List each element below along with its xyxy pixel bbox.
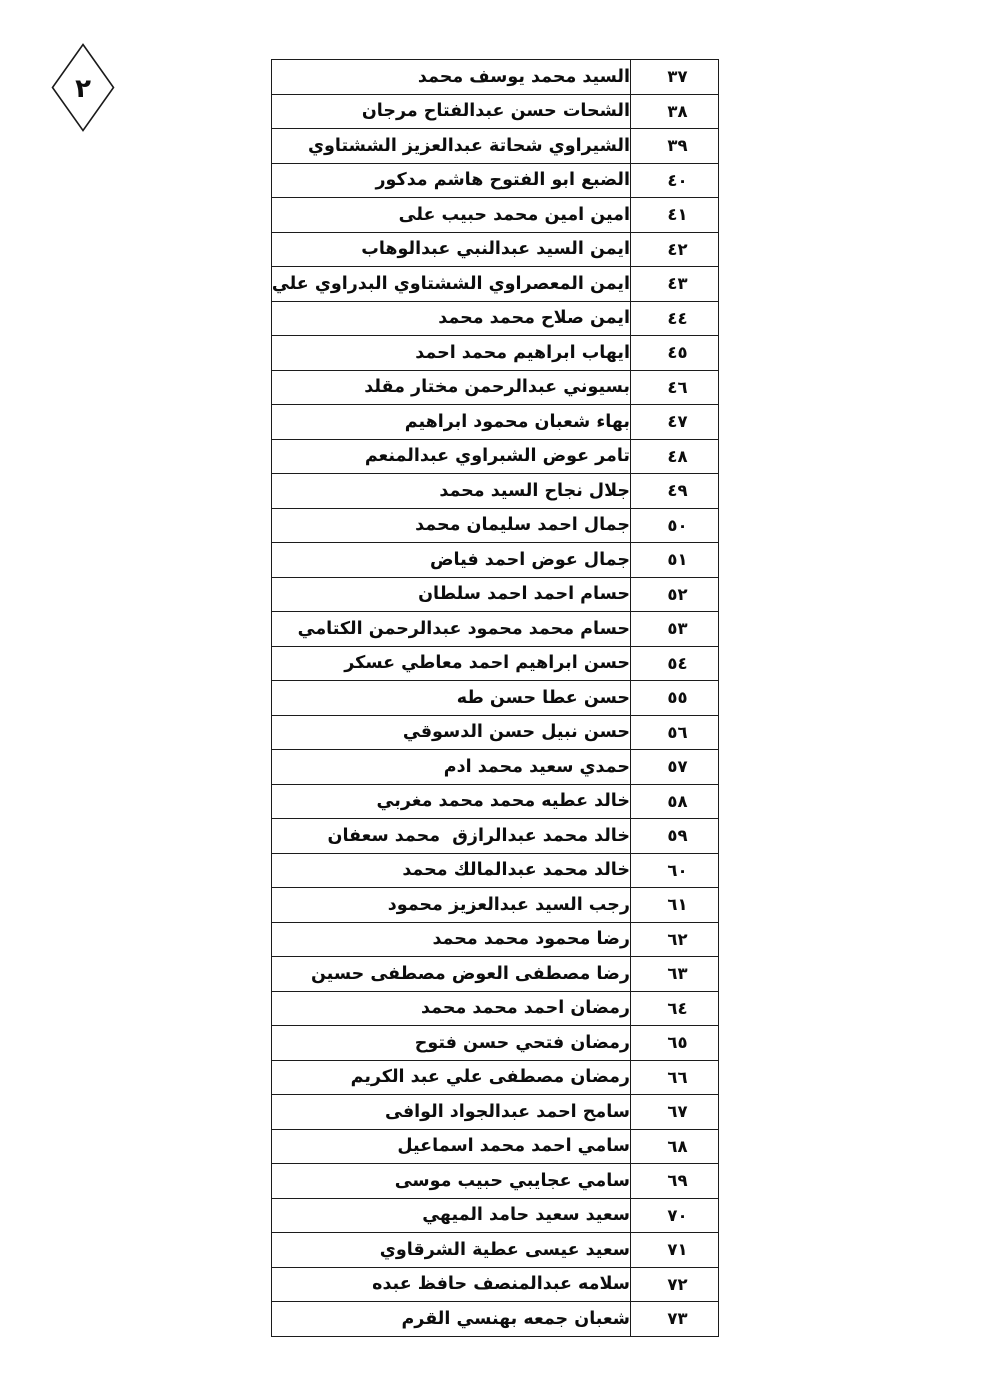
table-row: ٦٠خالد محمد عبدالمالك محمد (272, 853, 719, 888)
row-name: ايمن المعصراوي الششتاوي البدراوي علي (272, 267, 631, 302)
table-row: ٥٧حمدي سعيد محمد ادم (272, 750, 719, 785)
table-row: ٦٦رمضان مصطفى علي عبد الكريم (272, 1060, 719, 1095)
table-row: ٤٨تامر عوض الشبراوي عبدالمنعم (272, 439, 719, 474)
row-name: الضبع ابو الفتوح هاشم مدكور (272, 163, 631, 198)
table-row: ٥٦حسن نبيل حسن الدسوقي (272, 715, 719, 750)
page-number-diamond: ٢ (51, 43, 115, 132)
row-name: رجب السيد عبدالعزيز محمود (272, 888, 631, 923)
table-row: ٤٣ايمن المعصراوي الششتاوي البدراوي علي (272, 267, 719, 302)
row-name: سامح احمد عبدالجواد الوافى (272, 1095, 631, 1130)
table-row: ٥٩خالد محمد عبدالرازق محمد سعفان (272, 819, 719, 854)
row-number: ٤٧ (631, 405, 719, 440)
row-number: ٥٠ (631, 508, 719, 543)
row-number: ٥٩ (631, 819, 719, 854)
row-name: شعبان جمعه بهنسي القرم (272, 1302, 631, 1337)
table-row: ٤١امين امين محمد حبيب على (272, 198, 719, 233)
table-row: ٦١رجب السيد عبدالعزيز محمود (272, 888, 719, 923)
row-number: ٤٦ (631, 370, 719, 405)
page-number: ٢ (51, 43, 115, 132)
row-number: ٧٠ (631, 1198, 719, 1233)
table-row: ٧١سعيد عيسى عطية الشرقاوي (272, 1233, 719, 1268)
row-number: ٧٢ (631, 1267, 719, 1302)
row-number: ٦٩ (631, 1164, 719, 1199)
row-number: ٤٥ (631, 336, 719, 371)
row-number: ٥٦ (631, 715, 719, 750)
table-row: ٦٤رمضان احمد محمد محمد (272, 991, 719, 1026)
row-number: ٤١ (631, 198, 719, 233)
table-row: ٤٦بسيوني عبدالرحمن مختار مقلد (272, 370, 719, 405)
row-number: ٧١ (631, 1233, 719, 1268)
table-row: ٦٧سامح احمد عبدالجواد الوافى (272, 1095, 719, 1130)
row-number: ٣٩ (631, 129, 719, 164)
row-name: حسن نبيل حسن الدسوقي (272, 715, 631, 750)
row-name: السيد محمد يوسف محمد (272, 60, 631, 95)
table-row: ٥٨خالد عطيه محمد محمد مغربي (272, 784, 719, 819)
row-name: جمال عوض احمد فياض (272, 543, 631, 578)
table-row: ٤٤ايمن صلاح محمد محمد (272, 301, 719, 336)
table-row: ٣٧السيد محمد يوسف محمد (272, 60, 719, 95)
row-number: ٦٦ (631, 1060, 719, 1095)
row-name: سعيد عيسى عطية الشرقاوي (272, 1233, 631, 1268)
row-name: سلامه عبدالمنصف حافظ عبده (272, 1267, 631, 1302)
table-row: ٦٥رمضان فتحي حسن فتوح (272, 1026, 719, 1061)
table-row: ٤٩جلال نجاح السيد محمد (272, 474, 719, 509)
row-number: ٦٣ (631, 957, 719, 992)
table-row: ٥٢حسام احمد احمد سلطان (272, 577, 719, 612)
row-number: ٥٥ (631, 681, 719, 716)
row-name: جمال احمد سليمان محمد (272, 508, 631, 543)
table-row: ٦٢رضا محمود محمد محمد (272, 922, 719, 957)
table-row: ٣٩الشيراوي شحاتة عبدالعزيز الششتاوي (272, 129, 719, 164)
row-number: ٦٨ (631, 1129, 719, 1164)
row-number: ٤٨ (631, 439, 719, 474)
row-name: سامي احمد محمد اسماعيل (272, 1129, 631, 1164)
table-row: ٦٨سامي احمد محمد اسماعيل (272, 1129, 719, 1164)
row-name: ايمن السيد عبدالنبي عبدالوهاب (272, 232, 631, 267)
row-name: بهاء شعبان محمود ابراهيم (272, 405, 631, 440)
names-table: ٣٧السيد محمد يوسف محمد٣٨الشحات حسن عبدال… (271, 59, 719, 1337)
table-row: ٧٢سلامه عبدالمنصف حافظ عبده (272, 1267, 719, 1302)
table-row: ٤٢ايمن السيد عبدالنبي عبدالوهاب (272, 232, 719, 267)
row-number: ٥٤ (631, 646, 719, 681)
row-number: ٣٧ (631, 60, 719, 95)
row-name: حسام احمد احمد سلطان (272, 577, 631, 612)
row-name: رضا محمود محمد محمد (272, 922, 631, 957)
row-name: حسام محمد محمود عبدالرحمن الكتامي (272, 612, 631, 647)
table-row: ٧٣شعبان جمعه بهنسي القرم (272, 1302, 719, 1337)
row-number: ٥٢ (631, 577, 719, 612)
row-number: ٥٧ (631, 750, 719, 785)
row-number: ٤٤ (631, 301, 719, 336)
row-name: خالد محمد عبدالمالك محمد (272, 853, 631, 888)
table-row: ٦٩سامي عجايبي حبيب موسى (272, 1164, 719, 1199)
table-row: ٥٠جمال احمد سليمان محمد (272, 508, 719, 543)
row-name: الشحات حسن عبدالفتاح مرجان (272, 94, 631, 129)
row-number: ٤٣ (631, 267, 719, 302)
row-name: تامر عوض الشبراوي عبدالمنعم (272, 439, 631, 474)
row-name: حسن ابراهيم احمد معاطي عسكر (272, 646, 631, 681)
row-number: ٤٩ (631, 474, 719, 509)
table-row: ٣٨الشحات حسن عبدالفتاح مرجان (272, 94, 719, 129)
row-name: خالد محمد عبدالرازق محمد سعفان (272, 819, 631, 854)
row-name: بسيوني عبدالرحمن مختار مقلد (272, 370, 631, 405)
table-row: ٧٠سعيد سعيد حامد الميهي (272, 1198, 719, 1233)
table-row: ٦٣رضا مصطفى العوض مصطفى حسين (272, 957, 719, 992)
table-row: ٥١جمال عوض احمد فياض (272, 543, 719, 578)
row-number: ٦٢ (631, 922, 719, 957)
table-row: ٥٤حسن ابراهيم احمد معاطي عسكر (272, 646, 719, 681)
row-name: رضا مصطفى العوض مصطفى حسين (272, 957, 631, 992)
row-name: الشيراوي شحاتة عبدالعزيز الششتاوي (272, 129, 631, 164)
row-name: رمضان فتحي حسن فتوح (272, 1026, 631, 1061)
row-number: ٥٨ (631, 784, 719, 819)
table-row: ٤٥ايهاب ابراهيم محمد احمد (272, 336, 719, 371)
row-name: سامي عجايبي حبيب موسى (272, 1164, 631, 1199)
row-number: ٤٠ (631, 163, 719, 198)
row-name: حسن عطا حسن طه (272, 681, 631, 716)
row-number: ٥٣ (631, 612, 719, 647)
row-name: امين امين محمد حبيب على (272, 198, 631, 233)
row-name: ايهاب ابراهيم محمد احمد (272, 336, 631, 371)
row-number: ٧٣ (631, 1302, 719, 1337)
row-number: ٦٠ (631, 853, 719, 888)
table-row: ٥٣حسام محمد محمود عبدالرحمن الكتامي (272, 612, 719, 647)
row-number: ٣٨ (631, 94, 719, 129)
row-name: جلال نجاح السيد محمد (272, 474, 631, 509)
row-name: ايمن صلاح محمد محمد (272, 301, 631, 336)
names-table-body: ٣٧السيد محمد يوسف محمد٣٨الشحات حسن عبدال… (272, 60, 719, 1337)
document-page: ٢ ٣٧السيد محمد يوسف محمد٣٨الشحات حسن عبد… (0, 0, 990, 1400)
table-row: ٥٥حسن عطا حسن طه (272, 681, 719, 716)
row-name: رمضان مصطفى علي عبد الكريم (272, 1060, 631, 1095)
row-name: سعيد سعيد حامد الميهي (272, 1198, 631, 1233)
row-number: ٥١ (631, 543, 719, 578)
table-row: ٤٧بهاء شعبان محمود ابراهيم (272, 405, 719, 440)
table-row: ٤٠الضبع ابو الفتوح هاشم مدكور (272, 163, 719, 198)
row-number: ٦٤ (631, 991, 719, 1026)
row-number: ٦١ (631, 888, 719, 923)
row-name: رمضان احمد محمد محمد (272, 991, 631, 1026)
row-name: خالد عطيه محمد محمد مغربي (272, 784, 631, 819)
row-name: حمدي سعيد محمد ادم (272, 750, 631, 785)
row-number: ٤٢ (631, 232, 719, 267)
row-number: ٦٥ (631, 1026, 719, 1061)
row-number: ٦٧ (631, 1095, 719, 1130)
